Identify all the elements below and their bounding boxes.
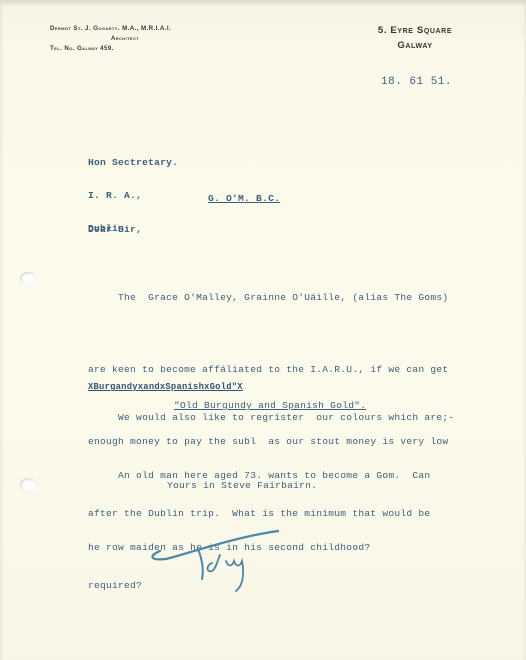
letterhead-name: Dermot St. J. Gogarty. M.A., M.R.I.A.I. bbox=[50, 24, 210, 34]
signature bbox=[140, 515, 320, 605]
recipient-line: Hon Sectretary. bbox=[88, 157, 178, 168]
punch-hole bbox=[20, 272, 36, 285]
body-line: The Grace O'Malley, Grainne O'Uáille, (a… bbox=[88, 286, 448, 310]
letterhead-address-line2: Galway bbox=[355, 38, 475, 53]
closing-line: Yours in Steve Fairbairn. bbox=[167, 480, 317, 491]
letter-page: Dermot St. J. Gogarty. M.A., M.R.I.A.I. … bbox=[0, 0, 526, 660]
letterhead-address: 5. Eyre Square Galway bbox=[355, 23, 475, 53]
letterhead-role: Architect bbox=[50, 34, 210, 44]
punch-hole bbox=[20, 478, 36, 491]
colours-line: "Old Burgundy and Spanish Gold". bbox=[174, 400, 366, 411]
letter-date: 18. 61 51. bbox=[381, 76, 452, 88]
reference-line: G. O'M. B.C. bbox=[208, 193, 280, 204]
recipient-line: I. R. A., bbox=[88, 190, 178, 201]
salutation: Dear Sir, bbox=[88, 224, 142, 235]
letterhead-tel: Tel. No. Galway 459. bbox=[50, 44, 210, 54]
struck-out-line: XBurgandyxandxSpanishxGold"X bbox=[88, 382, 243, 392]
letterhead-address-line1: 5. Eyre Square bbox=[355, 23, 475, 38]
letterhead-architect: Dermot St. J. Gogarty. M.A., M.R.I.A.I. … bbox=[50, 24, 210, 54]
